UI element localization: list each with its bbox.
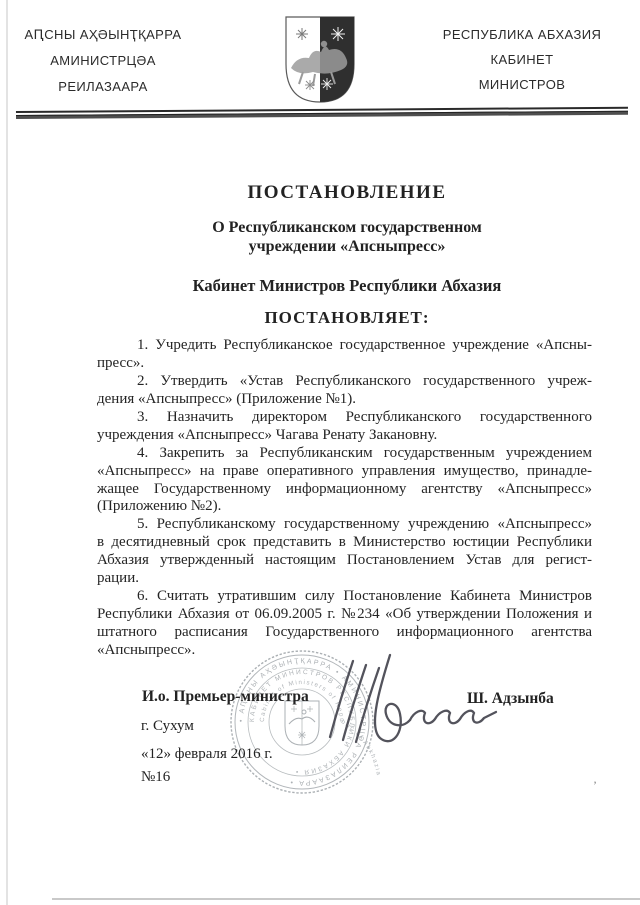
subject-line1: О Республиканском государственном — [97, 218, 597, 237]
header-divider-rule — [16, 107, 628, 119]
letterhead-ru-line1: РЕСПУБЛИКА АБХАЗИЯ — [432, 22, 612, 47]
letterhead-ab-line1: АԤСНЫ АҲӘЫНҬҚАРРА — [14, 22, 192, 48]
body-line: Республики Абхазия от 06.09.2005 г. №234… — [97, 606, 592, 624]
letterhead-ab-line3: РЕИЛАЗААРА — [14, 74, 192, 100]
body-line: 2. Утвердить «Устав Республиканского гос… — [97, 373, 592, 391]
signature-city: г. Сухум — [141, 718, 194, 735]
body-line: дения «Апсныпресс» (Приложение №1). — [97, 391, 592, 409]
decree-word: ПОСТАНОВЛЯЕТ: — [97, 308, 597, 328]
body-line: 6. Считать утратившим силу Постановление… — [97, 588, 592, 606]
body-line: 1. Учредить Республиканское государствен… — [97, 337, 592, 355]
scan-speck: ’ — [593, 778, 597, 793]
document-type-title: ПОСТАНОВЛЕНИЕ — [97, 182, 597, 204]
letterhead-russian: РЕСПУБЛИКА АБХАЗИЯ КАБИНЕТ МИНИСТРОВ — [432, 22, 612, 97]
body-line: 3. Назначить директором Республиканского… — [97, 409, 592, 427]
body-line: штатного расписания Государственного инф… — [97, 624, 592, 642]
body-line: жащее Государственному информационному а… — [97, 481, 592, 499]
body-line: учреждения «Апсныпресс» Чагава Ренату За… — [97, 427, 592, 445]
letterhead-ru-line3: МИНИСТРОВ — [432, 72, 612, 97]
letterhead-ab-line2: АМИНИСТРЦӘА — [14, 48, 192, 74]
subject-line2: учреждении «Апсныпресс» — [97, 237, 597, 256]
signer-role: И.о. Премьер-министра — [142, 688, 309, 706]
issuer-line: Кабинет Министров Республики Абхазия — [97, 276, 597, 296]
body-line: пресс». — [97, 355, 592, 373]
scan-edge-bottom — [52, 898, 640, 900]
decree-number: №16 — [141, 769, 170, 786]
body-line: (Приложению №2). — [97, 498, 592, 516]
handwritten-signature — [300, 643, 500, 761]
document-page: ’ ˋ АԤСНЫ АҲӘЫНҬҚАРРА АМИНИСТРЦӘА РЕИЛАЗ… — [0, 0, 640, 905]
body-paragraphs: 1. Учредить Республиканское государствен… — [97, 337, 592, 660]
coat-of-arms-icon — [283, 14, 357, 106]
body-line: Абхазия утвержденный настоящим Постановл… — [97, 552, 592, 570]
body-line: «Апсныпресс» на праве оперативного управ… — [97, 463, 592, 481]
body-line: рации. — [97, 570, 592, 588]
body-line: 4. Закрепить за Республиканским государс… — [97, 445, 592, 463]
body-line: 5. Республиканскому государственному учр… — [97, 516, 592, 534]
letterhead-abkhazian: АԤСНЫ АҲӘЫНҬҚАРРА АМИНИСТРЦӘА РЕИЛАЗААРА — [14, 22, 192, 100]
scan-edge-left — [6, 0, 8, 905]
signature-date: «12» февраля 2016 г. — [141, 746, 273, 763]
letterhead-ru-line2: КАБИНЕТ — [432, 47, 612, 72]
document-subject: О Республиканском государственном учрежд… — [97, 218, 597, 256]
body-line: в десятидневный срок представить в Минис… — [97, 534, 592, 552]
